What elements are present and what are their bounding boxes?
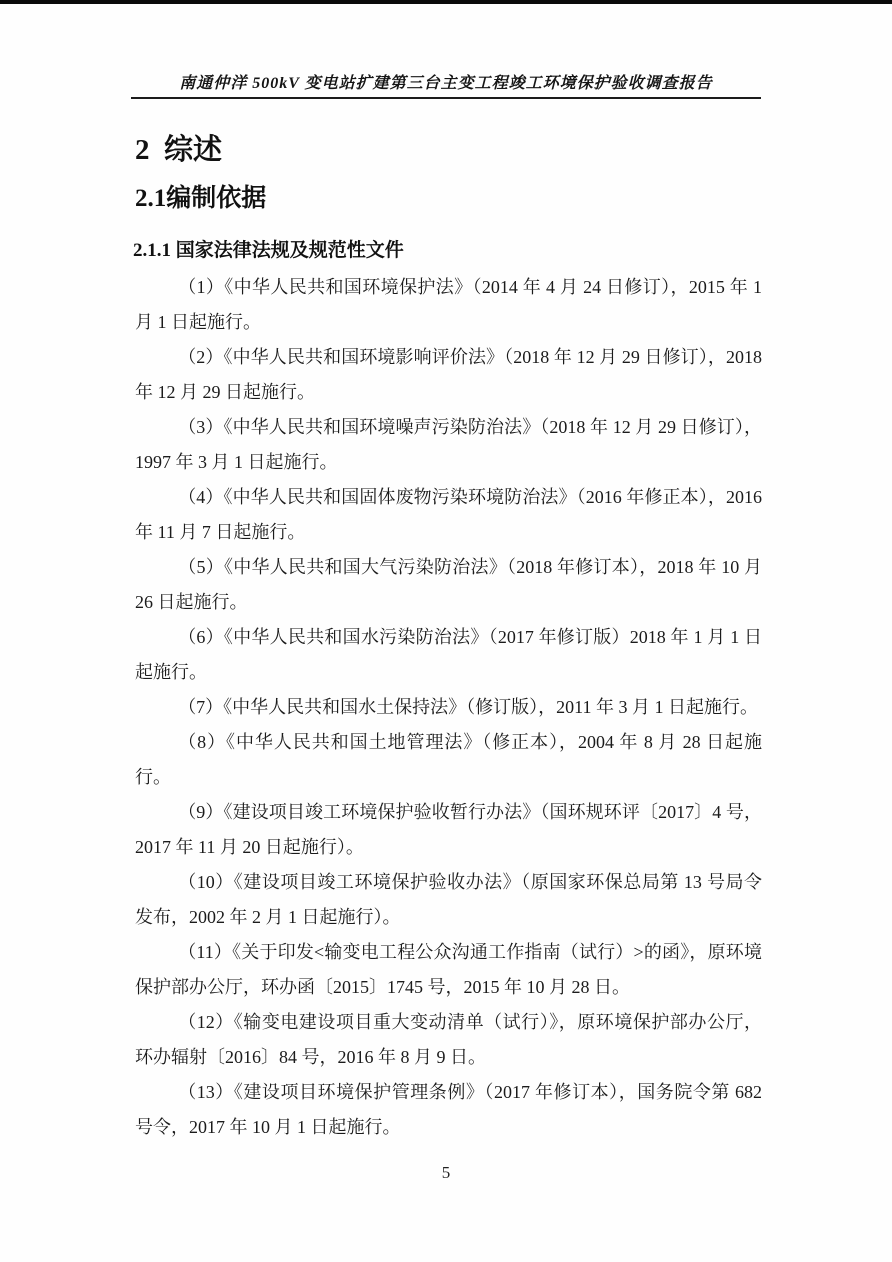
paragraph: （13）《建设项目环境保护管理条例》（2017 年修订本），国务院令第 682 … [135,1075,762,1145]
paragraph: （4）《中华人民共和国固体废物污染环境防治法》（2016 年修正本），2016 … [135,480,762,550]
paragraph: （2）《中华人民共和国环境影响评价法》（2018 年 12 月 29 日修订），… [135,340,762,410]
paragraph: （12）《输变电建设项目重大变动清单（试行）》，原环境保护部办公厅，环办辐射〔2… [135,1005,762,1075]
header-rule [131,97,761,99]
subsubsection-heading: 2.1.1 国家法律法规及规范性文件 [133,240,892,262]
subsection-heading: 2.1编制依据 [135,185,892,213]
body-text: （1）《中华人民共和国环境保护法》（2014 年 4 月 24 日修订），201… [135,270,762,1145]
paragraph: （5）《中华人民共和国大气污染防治法》（2018 年修订本），2018 年 10… [135,550,762,620]
scan-edge-bar [0,0,892,4]
paragraph: （11）《关于印发<输变电工程公众沟通工作指南（试行）>的函》，原环境保护部办公… [135,935,762,1005]
paragraph: （3）《中华人民共和国环境噪声污染防治法》（2018 年 12 月 29 日修订… [135,410,762,480]
page-header: 南通仲洋 500kV 变电站扩建第三台主变工程竣工环境保护验收调查报告 [0,0,892,99]
page-number: 5 [0,1163,892,1183]
section-heading: 2 综述 [135,135,892,167]
paragraph: （1）《中华人民共和国环境保护法》（2014 年 4 月 24 日修订），201… [135,270,762,340]
document-page: 南通仲洋 500kV 变电站扩建第三台主变工程竣工环境保护验收调查报告 2 综述… [0,0,892,1262]
paragraph: （10）《建设项目竣工环境保护验收办法》（原国家环保总局第 13 号局令发布，2… [135,865,762,935]
paragraph: （9）《建设项目竣工环境保护验收暂行办法》（国环规环评〔2017〕4 号，201… [135,795,762,865]
paragraph: （7）《中华人民共和国水土保持法》（修订版），2011 年 3 月 1 日起施行… [135,690,762,725]
paragraph: （6）《中华人民共和国水污染防治法》（2017 年修订版）2018 年 1 月 … [135,620,762,690]
paragraph: （8）《中华人民共和国土地管理法》（修正本），2004 年 8 月 28 日起施… [135,725,762,795]
header-title: 南通仲洋 500kV 变电站扩建第三台主变工程竣工环境保护验收调查报告 [0,0,892,93]
